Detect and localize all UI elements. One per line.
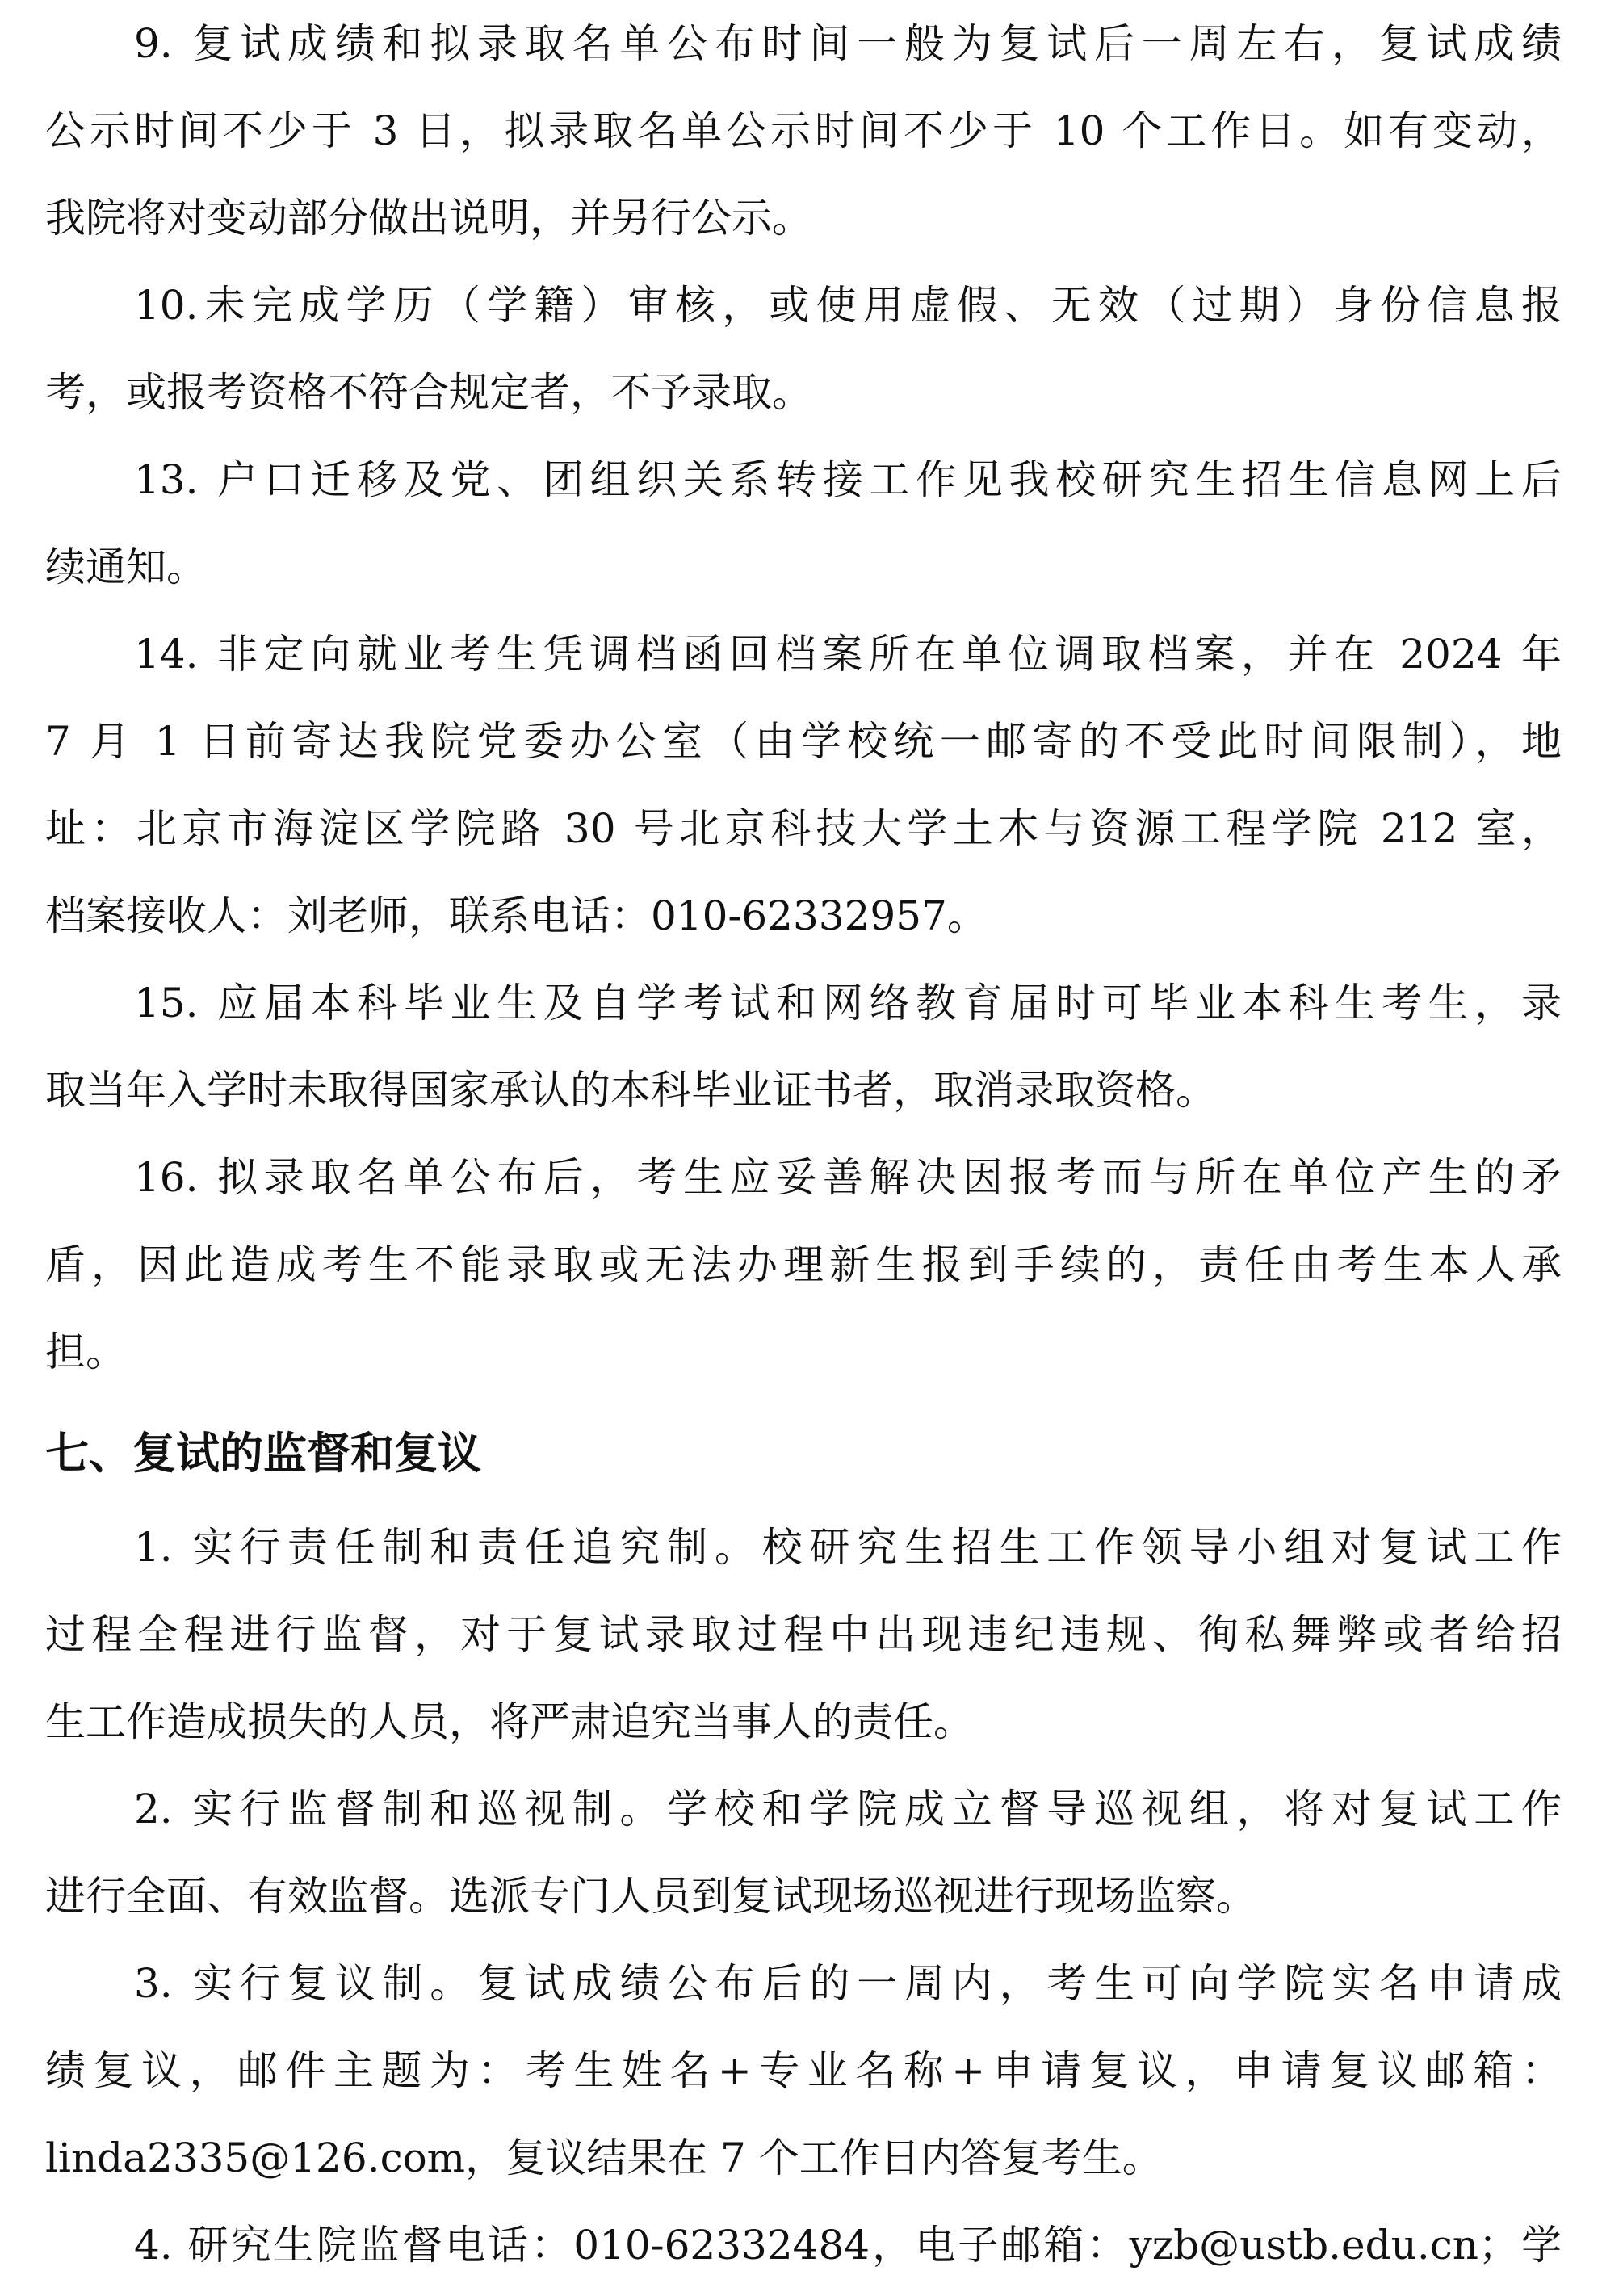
- paragraph-line: 取当年入学时未取得国家承认的本科毕业证书者，取消录取资格。: [45, 1047, 1562, 1134]
- paragraph-line: 14. 非定向就业考生凭调档函回档案所在单位调取档案，并在 2024 年: [134, 611, 1562, 698]
- paragraph-line: 盾，因此造成考生不能录取或无法办理新生报到手续的，责任由考生本人承: [45, 1221, 1562, 1308]
- paragraph-line: linda2335@126.com，复议结果在 7 个工作日内答复考生。: [45, 2114, 1562, 2202]
- paragraph-line: 过程全程进行监督，对于复试录取过程中出现违纪违规、徇私舞弊或者给招: [45, 1591, 1562, 1678]
- paragraph-line: 考，或报考资格不符合规定者，不予录取。: [45, 349, 1562, 436]
- paragraph-line: 担。: [45, 1308, 1562, 1396]
- paragraph-line: 4. 研究生院监督电话：010-62332484，电子邮箱：yzb@ustb.e…: [134, 2202, 1562, 2289]
- paragraph-line: 3. 实行复议制。复试成绩公布后的一周内，考生可向学院实名申请成: [134, 1940, 1562, 2027]
- paragraph-line: 续通知。: [45, 523, 1562, 611]
- paragraph-line: 2. 实行监督制和巡视制。学校和学院成立督导巡视组，将对复试工作: [134, 1765, 1562, 1853]
- paragraph-line: 公示时间不少于 3 日，拟录取名单公示时间不少于 10 个工作日。如有变动，: [45, 87, 1562, 174]
- paragraph-line: 生工作造成损失的人员，将严肃追究当事人的责任。: [45, 1678, 1562, 1765]
- paragraph-line: 1. 实行责任制和责任追究制。校研究生招生工作领导小组对复试工作: [134, 1504, 1562, 1591]
- paragraph-line: 进行全面、有效监督。选派专门人员到复试现场巡视进行现场监察。: [45, 1853, 1562, 1940]
- paragraph-line: 10.未完成学历（学籍）审核，或使用虚假、无效（过期）身份信息报: [134, 262, 1562, 349]
- section-heading: 七、复试的监督和复议: [45, 1410, 481, 1497]
- paragraph-line: 16. 拟录取名单公布后，考生应妥善解决因报考而与所在单位产生的矛: [134, 1134, 1562, 1221]
- paragraph-line: 档案接收人：刘老师，联系电话：010-62332957。: [45, 872, 1562, 959]
- paragraph-line: 址：北京市海淀区学院路 30 号北京科技大学土木与资源工程学院 212 室，: [45, 785, 1562, 872]
- paragraph-line: 15. 应届本科毕业生及自学考试和网络教育届时可毕业本科生考生，录: [134, 959, 1562, 1047]
- paragraph-line: 9. 复试成绩和拟录取名单公布时间一般为复试后一周左右，复试成绩: [134, 0, 1562, 87]
- paragraph-line: 7 月 1 日前寄达我院党委办公室（由学校统一邮寄的不受此时间限制），地: [45, 698, 1562, 785]
- paragraph-line: 绩复议，邮件主题为：考生姓名+专业名称+申请复议，申请复议邮箱：: [45, 2027, 1562, 2114]
- paragraph-line: 我院将对变动部分做出说明，并另行公示。: [45, 174, 1562, 262]
- paragraph-line: 13. 户口迁移及党、团组织关系转接工作见我校研究生招生信息网上后: [134, 436, 1562, 523]
